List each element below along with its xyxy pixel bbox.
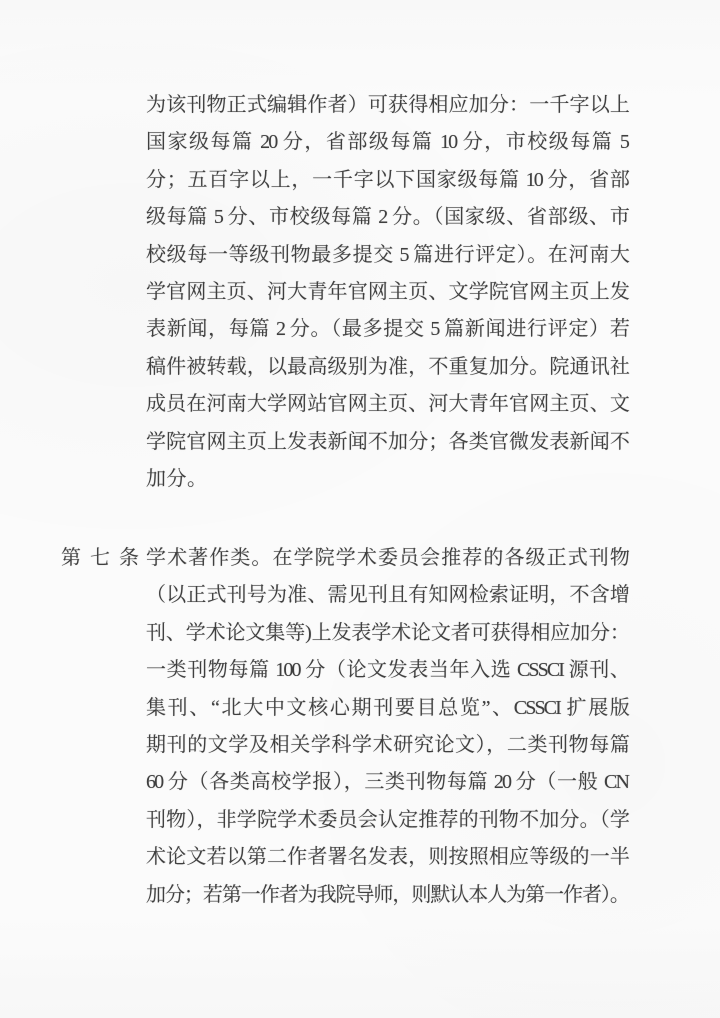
scanned-document-page: 第七条 为该刊物正式编辑作者）可获得相应加分：一千字以上国家级每篇 20 分，省… — [0, 0, 720, 1018]
text-line: 学院官网主页上发表新闻不加分；各类官微发表新闻不 — [146, 424, 628, 461]
text-line: （以正式刊号为准、需见刊且有知网检索证明，不含增 — [146, 577, 628, 614]
text-line: 为该刊物正式编辑作者）可获得相应加分：一千字以上 — [146, 87, 628, 124]
text-line: 期刊的文学及相关学科学术研究论文），二类刊物每篇 — [146, 727, 628, 764]
text-line: 校级每一等级刊物最多提交 5 篇进行评定）。在河南大 — [146, 237, 628, 274]
text-line: 一类刊物每篇 100 分（论文发表当年入选 CSSCI 源刊、 — [146, 652, 628, 689]
article-seven-paragraph: 学术著作类。在学院学术委员会推荐的各级正式刊物（以正式刊号为准、需见刊且有知网检… — [146, 540, 628, 914]
text-line: 加分；若第一作者为我院导师，则默认本人为第一作者）。 — [146, 877, 628, 914]
text-line: 分；五百字以上，一千字以下国家级每篇 10 分，省部 — [146, 162, 628, 199]
article-paragraph-continuation: 为该刊物正式编辑作者）可获得相应加分：一千字以上国家级每篇 20 分，省部级每篇… — [146, 87, 628, 498]
text-line: 刊、学术论文集等)上发表学术论文者可获得相应加分： — [146, 615, 628, 652]
text-line: 集刊、“北大中文核心期刊要目总览”、CSSCI 扩展版 — [146, 690, 628, 727]
text-line: 稿件被转载，以最高级别为准，不重复加分。院通讯社 — [146, 349, 628, 386]
text-line: 学术著作类。在学院学术委员会推荐的各级正式刊物 — [146, 540, 628, 577]
text-line: 术论文若以第二作者署名发表，则按照相应等级的一半 — [146, 839, 628, 876]
text-line: 加分。 — [146, 461, 628, 498]
article-number-label: 第七条 — [61, 540, 148, 577]
text-line: 表新闻，每篇 2 分。（最多提交 5 篇新闻进行评定）若 — [146, 311, 628, 348]
text-line: 成员在河南大学网站官网主页、河大青年官网主页、文 — [146, 386, 628, 423]
text-line: 级每篇 5 分、市校级每篇 2 分。（国家级、省部级、市 — [146, 199, 628, 236]
text-line: 刊物），非学院学术委员会认定推荐的刊物不加分。（学 — [146, 802, 628, 839]
text-line: 学官网主页、河大青年官网主页、文学院官网主页上发 — [146, 274, 628, 311]
text-line: 60 分（各类高校学报），三类刊物每篇 20 分（一般 CN — [146, 764, 628, 801]
text-line: 国家级每篇 20 分，省部级每篇 10 分，市校级每篇 5 — [146, 124, 628, 161]
